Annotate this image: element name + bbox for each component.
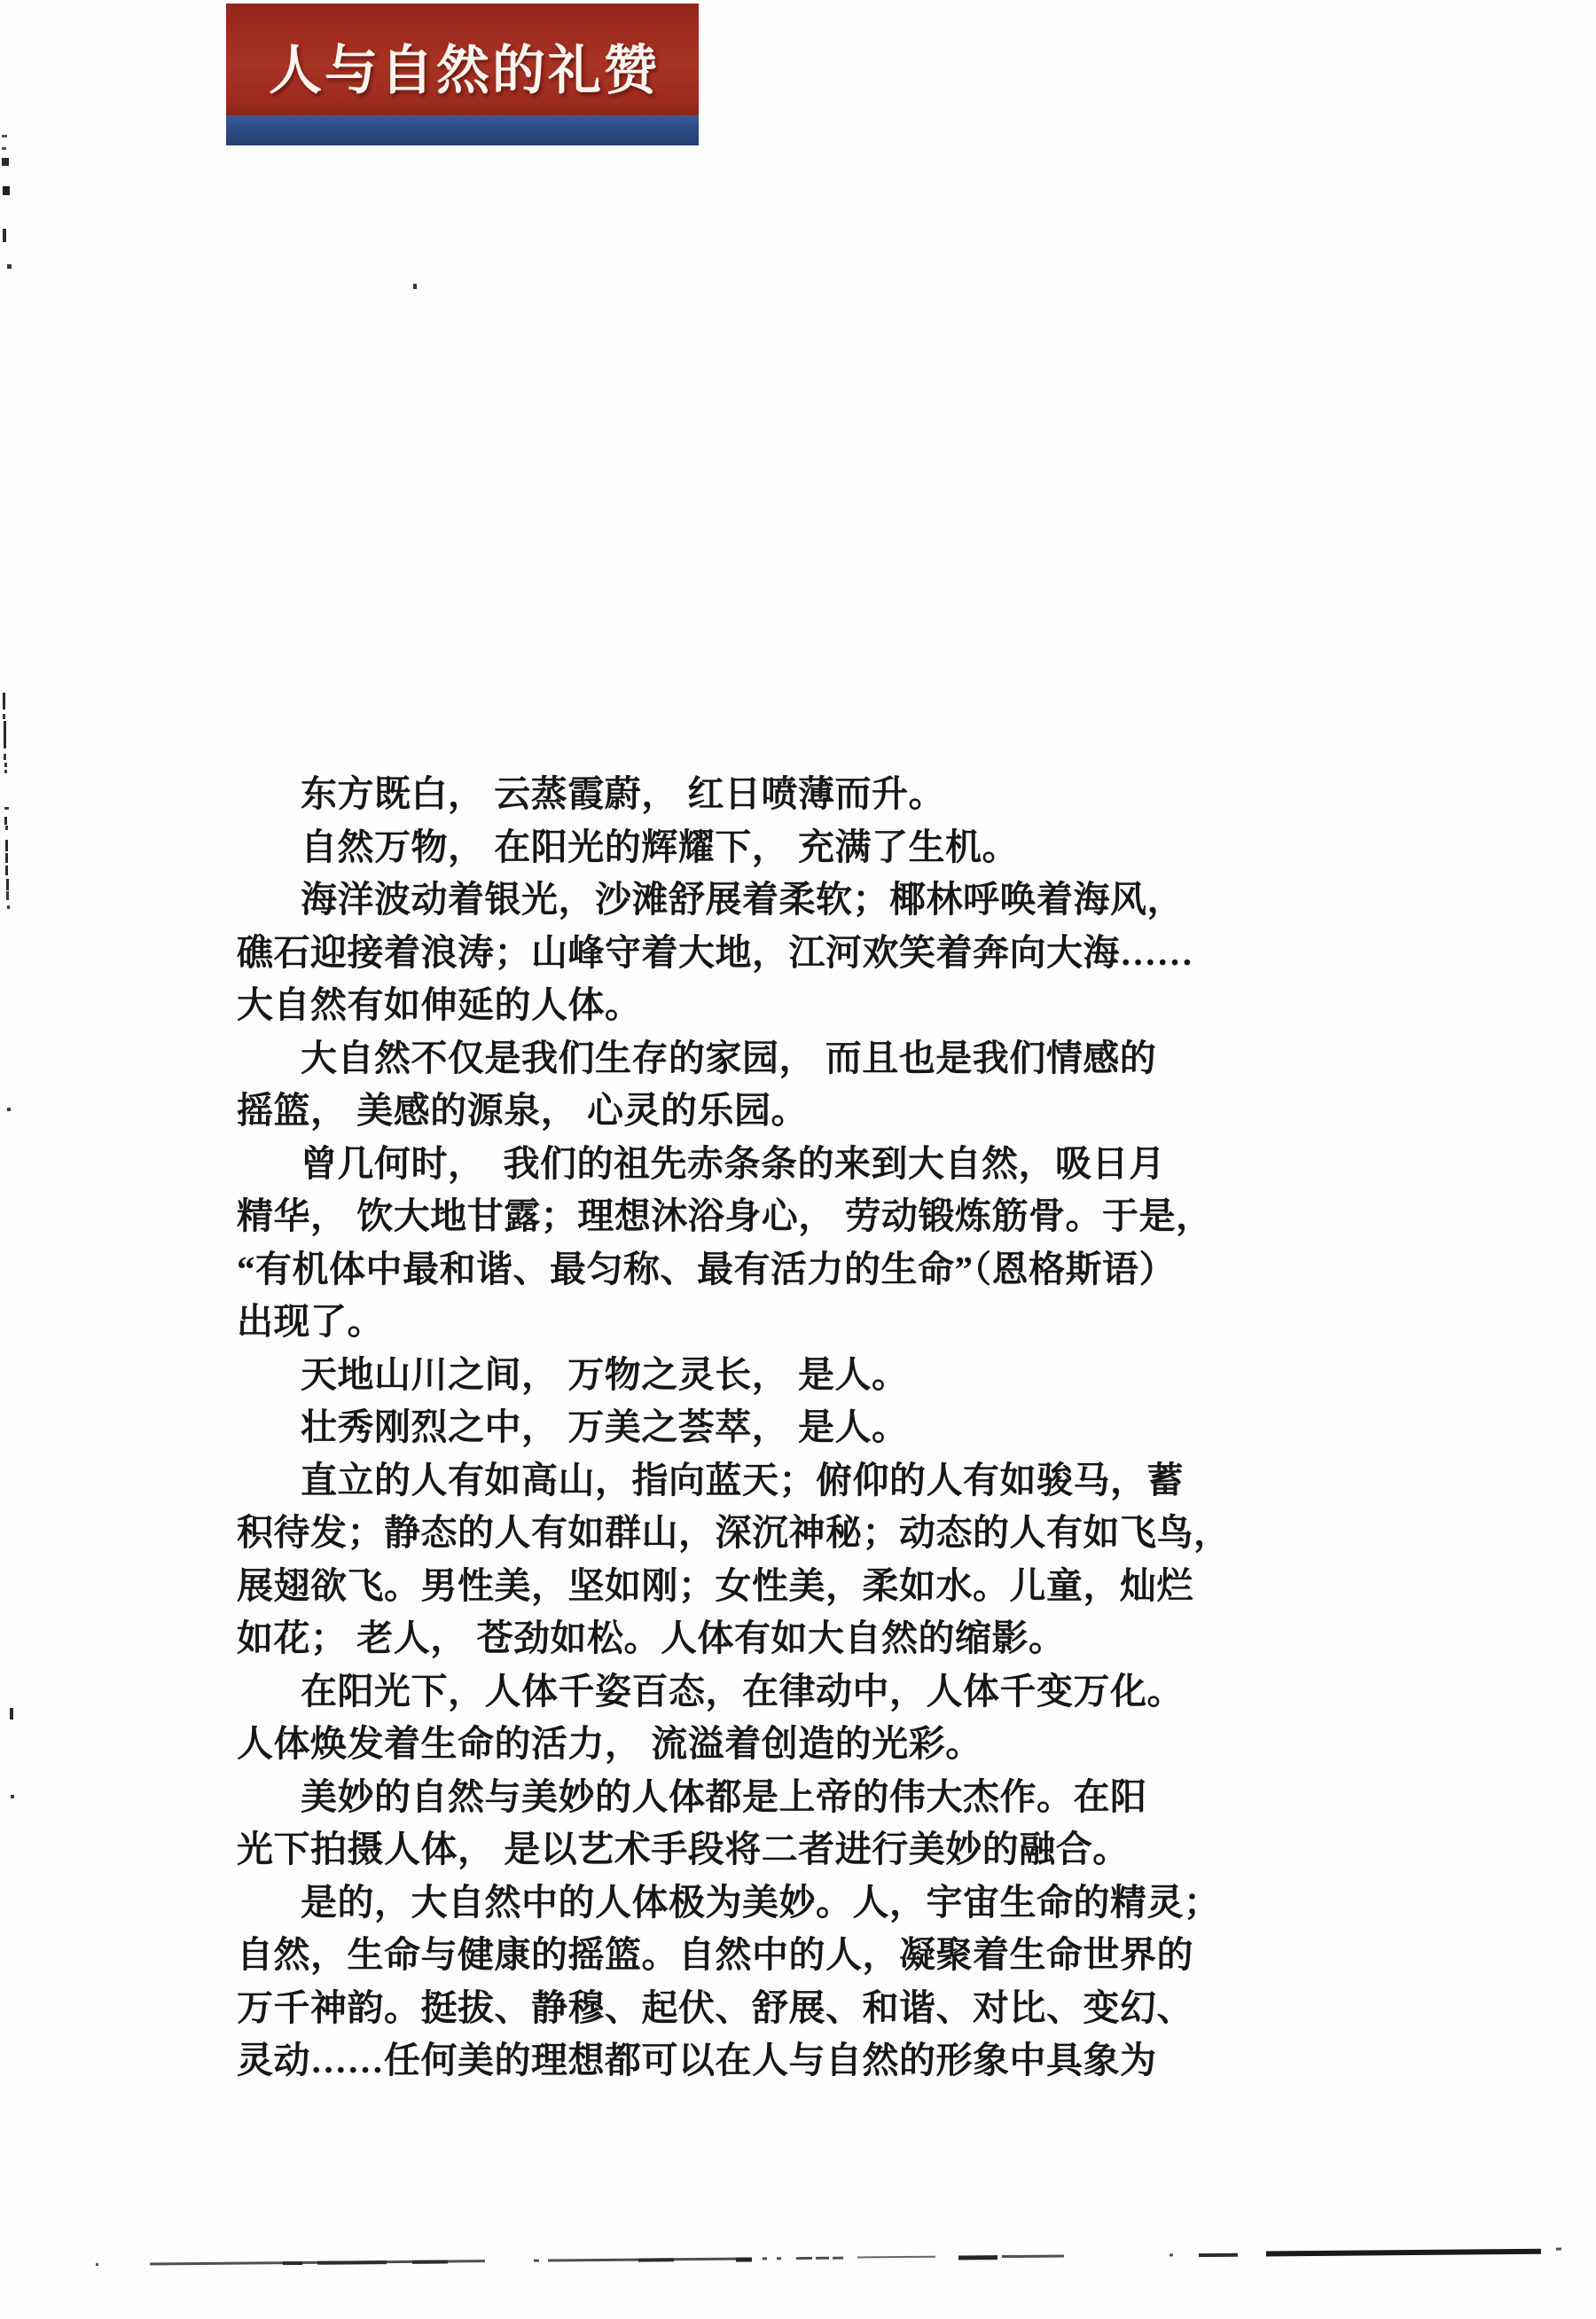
chapter-title: 人与自然的礼赞 (269, 28, 660, 105)
scan-mark (413, 284, 417, 289)
text-line: 如花； 老人， 苍劲如松。人体有如大自然的缩影。 (237, 1612, 1221, 1665)
scan-mark (2, 135, 7, 137)
text-line: 礁石迎接着浪涛；山峰守着大地，江河欢笑着奔向大海…… (237, 927, 1221, 980)
scan-mark (3, 714, 5, 719)
scan-mark (4, 807, 9, 810)
scan-mark (4, 754, 6, 760)
text-line: 摇篮， 美感的源泉， 心灵的乐园。 (237, 1085, 1221, 1138)
text-line: 光下拍摄人体， 是以艺术手段将二者进行美妙的融合。 (237, 1823, 1221, 1876)
scan-mark (3, 693, 5, 709)
scan-mark (10, 1708, 13, 1720)
scan-mark (6, 891, 9, 900)
scan-mark (7, 1108, 11, 1111)
text-line: 积待发；静态的人有如群山，深沉神秘；动态的人有如飞鸟， (237, 1507, 1221, 1560)
scan-mark (5, 853, 8, 863)
text-line: 美妙的自然与美妙的人体都是上帝的伟大杰作。在阳 (237, 1771, 1221, 1824)
chapter-header-banner: 人与自然的礼赞 (226, 4, 699, 145)
text-line: 曾几何时， 我们的祖先赤条条的来到大自然，吸日月 (237, 1138, 1221, 1191)
text-line: 直立的人有如高山，指向蓝天；俯仰的人有如骏马，蓄 (237, 1454, 1221, 1508)
scan-mark (5, 866, 8, 875)
scan-mark (3, 186, 10, 195)
scan-mark (7, 264, 12, 269)
text-line: 大自然有如伸延的人体。 (237, 979, 1221, 1032)
scan-mark (11, 1795, 14, 1798)
scan-mark (4, 721, 6, 748)
text-line: 海洋波动着银光，沙滩舒展着柔软；椰林呼唤着海风， (237, 874, 1221, 927)
text-line: 自然，生命与健康的摇篮。自然中的人，凝聚着生命世界的 (237, 1929, 1221, 1982)
scan-mark (5, 840, 8, 851)
scan-mark (7, 905, 10, 909)
text-line: 精华， 饮大地甘露；理想沐浴身心， 劳动锻炼筋骨。于是， (237, 1190, 1221, 1243)
scan-mark (4, 817, 7, 825)
scan-mark (3, 229, 6, 242)
text-line: 万千神韵。挺拔、静穆、起伏、舒展、和谐、对比、变幻、 (237, 1982, 1221, 2035)
text-line: 灵动……任何美的理想都可以在人与自然的形象中具象为 (237, 2034, 1221, 2088)
text-line: 自然万物， 在阳光的辉耀下， 充满了生机。 (237, 821, 1221, 874)
body-text: 东方既白， 云蒸霞蔚， 红日喷薄而升。自然万物， 在阳光的辉耀下， 充满了生机。… (237, 768, 1221, 2088)
scanned-book-page: { "header": { "title": "人与自然的礼赞" }, "col… (0, 0, 1596, 2319)
scan-mark (4, 763, 7, 767)
scan-mark (4, 770, 7, 773)
scan-mark (6, 879, 9, 890)
text-line: 壮秀刚烈之中， 万美之荟萃， 是人。 (237, 1401, 1221, 1454)
text-line: 在阳光下，人体千姿百态，在律动中，人体千变万化。 (237, 1665, 1221, 1719)
text-line: 展翅欲飞。男性美，坚如刚；女性美，柔如水。儿童，灿烂 (237, 1560, 1221, 1613)
text-line: 人体焕发着生命的活力， 流溢着创造的光彩。 (237, 1718, 1221, 1771)
text-line: 是的，大自然中的人体极为美妙。人，宇宙生命的精灵； (237, 1876, 1221, 1930)
scan-mark (2, 158, 9, 166)
text-line: 出现了。 (237, 1296, 1221, 1349)
bottom-rule (93, 2247, 1574, 2269)
text-line: 天地山川之间， 万物之灵长， 是人。 (237, 1349, 1221, 1402)
text-line: “有机体中最和谐、最匀称、最有活力的生命”（恩格斯语） (237, 1243, 1221, 1297)
text-line: 大自然不仅是我们生存的家园， 而且也是我们情感的 (237, 1032, 1221, 1085)
scan-mark (2, 147, 6, 150)
text-line: 东方既白， 云蒸霞蔚， 红日喷薄而升。 (237, 768, 1221, 821)
scan-mark (5, 826, 8, 830)
banner-blue-band (226, 115, 699, 145)
